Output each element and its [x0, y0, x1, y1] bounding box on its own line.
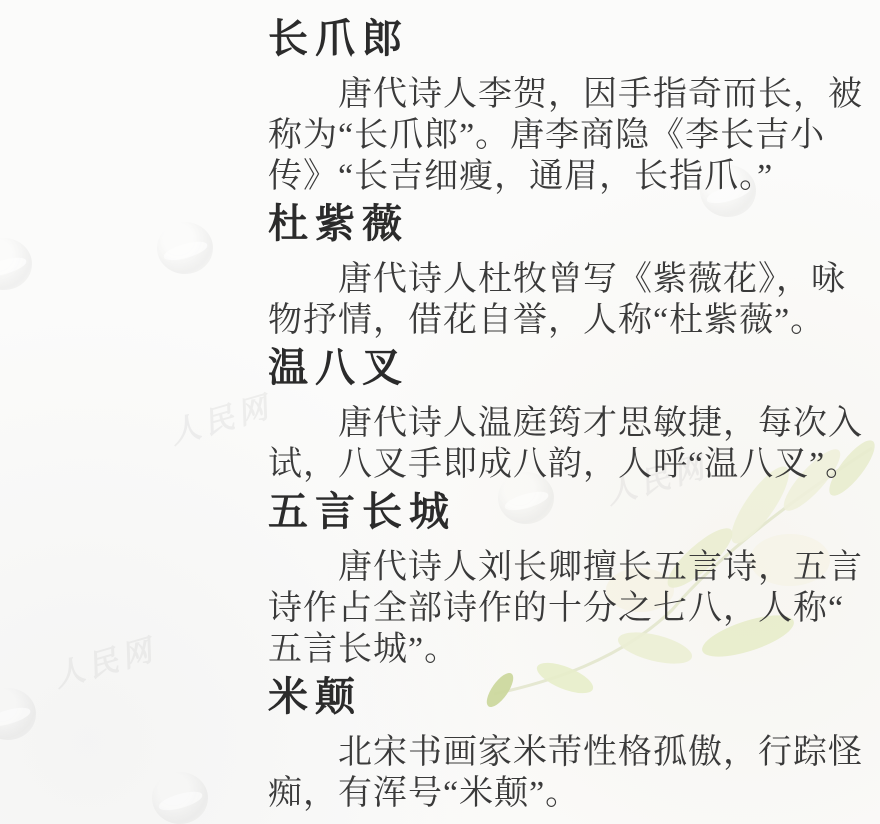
paragraph: 唐代诗人刘长卿擅长五言诗，五言 诗作占全部诗作的十分之七八，人称“ 五言长城”。: [268, 547, 868, 670]
section-wuyanchangcheng: 五言长城 唐代诗人刘长卿擅长五言诗，五言 诗作占全部诗作的十分之七八，人称“ 五…: [268, 489, 868, 670]
paragraph-line: 五言长城”。: [268, 629, 868, 670]
section-heading: 杜紫薇: [268, 201, 868, 247]
peoplecn-globe-watermark-icon: [0, 238, 32, 290]
peoplecn-globe-watermark-icon: [157, 222, 213, 274]
peoplecn-text-watermark: 人民网: [164, 381, 277, 452]
section-midian: 米颠 北宋书画家米芾性格孤傲，行踪怪 痴，有浑号“米颠”。: [268, 674, 868, 814]
peoplecn-text-watermark: 人民网: [48, 624, 161, 695]
paragraph-line: 唐代诗人杜牧曾写《紫薇花》，咏: [268, 259, 868, 300]
paragraph-line: 唐代诗人李贺，因手指奇而长，被: [268, 74, 868, 115]
section-duziwei: 杜紫薇 唐代诗人杜牧曾写《紫薇花》，咏 物抒情，借花自誉，人称“杜紫薇”。: [268, 201, 868, 341]
section-changzhaolang: 长爪郎 唐代诗人李贺，因手指奇而长，被 称为“长爪郎”。唐李商隐《李长吉小 传》…: [268, 16, 868, 197]
section-wenbacha: 温八叉 唐代诗人温庭筠才思敏捷，每次入 试，八叉手即成八韵，人呼“温八叉”。: [268, 345, 868, 485]
page: 人民网 人民网 人民网 长爪郎 唐代诗人李贺，因手指奇而长，被 称为“长爪郎”。…: [0, 0, 880, 824]
paragraph-line: 北宋书画家米芾性格孤傲，行踪怪: [268, 732, 868, 773]
paragraph-line: 唐代诗人温庭筠才思敏捷，每次入: [268, 403, 868, 444]
peoplecn-globe-watermark-icon: [152, 772, 208, 824]
peoplecn-globe-watermark-icon: [0, 688, 36, 740]
paragraph-line: 诗作占全部诗作的十分之七八，人称“: [268, 588, 868, 629]
paragraph: 唐代诗人温庭筠才思敏捷，每次入 试，八叉手即成八韵，人呼“温八叉”。: [268, 403, 868, 485]
paragraph-line: 唐代诗人刘长卿擅长五言诗，五言: [268, 547, 868, 588]
section-heading: 五言长城: [268, 489, 868, 535]
section-heading: 温八叉: [268, 345, 868, 391]
paragraph-line: 痴，有浑号“米颠”。: [268, 773, 868, 814]
paragraph: 北宋书画家米芾性格孤傲，行踪怪 痴，有浑号“米颠”。: [268, 732, 868, 814]
document-content: 长爪郎 唐代诗人李贺，因手指奇而长，被 称为“长爪郎”。唐李商隐《李长吉小 传》…: [268, 16, 868, 818]
paragraph-line: 试，八叉手即成八韵，人呼“温八叉”。: [268, 444, 868, 485]
section-heading: 米颠: [268, 674, 868, 720]
section-heading: 长爪郎: [268, 16, 868, 62]
paragraph-line: 传》“长吉细瘦，通眉，长指爪。”: [268, 156, 868, 197]
paragraph-line: 称为“长爪郎”。唐李商隐《李长吉小: [268, 115, 868, 156]
paragraph: 唐代诗人李贺，因手指奇而长，被 称为“长爪郎”。唐李商隐《李长吉小 传》“长吉细…: [268, 74, 868, 197]
paragraph-line: 物抒情，借花自誉，人称“杜紫薇”。: [268, 300, 868, 341]
paragraph: 唐代诗人杜牧曾写《紫薇花》，咏 物抒情，借花自誉，人称“杜紫薇”。: [268, 259, 868, 341]
